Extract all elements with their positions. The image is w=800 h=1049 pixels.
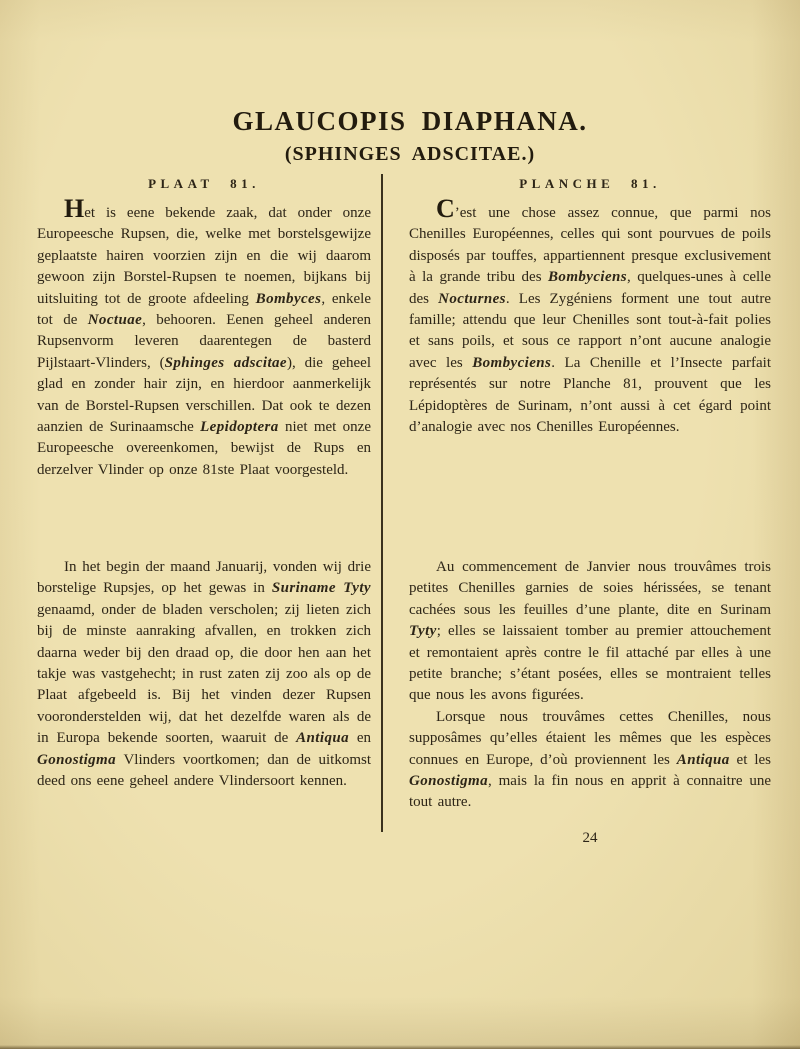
book-page-scan: GLAUCOPIS DIAPHANA. (SPHINGES ADSCITAE.)… — [0, 0, 800, 1049]
paragraph-dutch-1: Het is eene bekende zaak, dat onder onze… — [37, 203, 371, 481]
paragraph-french-2: Au commencement de Janvier nous trouvâme… — [409, 557, 771, 707]
right-column-section-1: C’est une chose assez connue, que parmi … — [409, 203, 771, 438]
column-divider-rule — [381, 174, 383, 832]
right-column-section-2: Au commencement de Janvier nous trouvâme… — [409, 557, 771, 814]
page-subtitle: (SPHINGES ADSCITAE.) — [30, 143, 790, 166]
paragraph-french-1: C’est une chose assez connue, que parmi … — [409, 203, 771, 438]
left-column-section-2: In het begin der maand Januarij, vonden … — [37, 557, 371, 792]
page-bottom-edge-shadow — [0, 1045, 800, 1049]
paragraph-french-3: Lorsque nous trouvâmes cettes Chenilles,… — [409, 707, 771, 814]
right-column-header: PLANCHE 81. — [409, 176, 771, 192]
signature-number: 24 — [409, 830, 771, 847]
left-column-header: PLAAT 81. — [37, 176, 371, 192]
page-title: GLAUCOPIS DIAPHANA. — [30, 106, 790, 137]
paragraph-dutch-2: In het begin der maand Januarij, vonden … — [37, 557, 371, 792]
left-column-section-1: Het is eene bekende zaak, dat onder onze… — [37, 203, 371, 481]
